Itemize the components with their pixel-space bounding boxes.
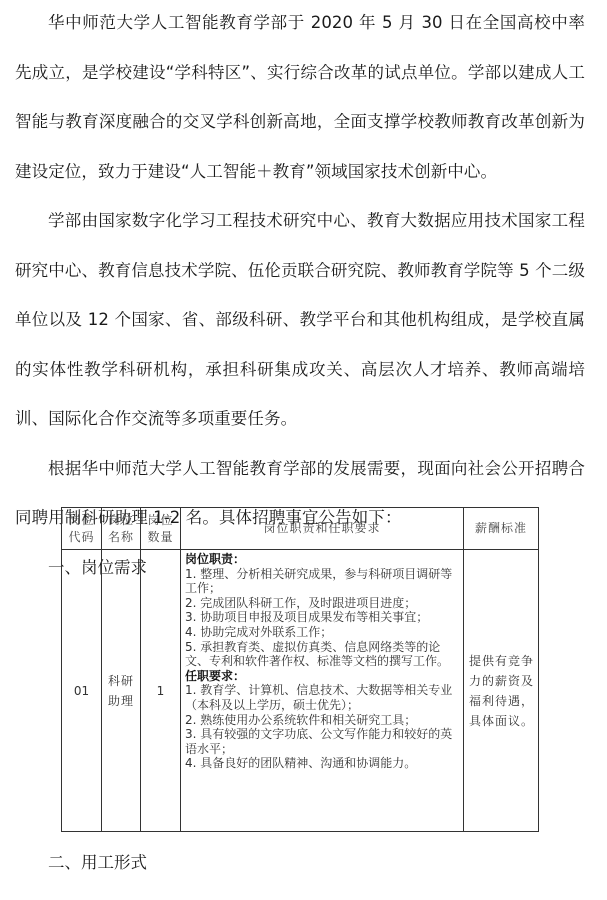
header-duties-requirements: 岗位职责和任职要求 xyxy=(181,508,464,550)
duty-item: 3. 协助项目申报及项目成果发布等相关事宜； xyxy=(185,610,460,625)
requirement-item: 3. 具有较强的文字功底、公文写作能力和较好的英语水平； xyxy=(185,727,460,756)
header-position-code: 岗位 代码 xyxy=(62,508,102,550)
table-row: 01 科研 助理 1 岗位职责： 1. 整理、分析相关研究成果，参与科研项目调研… xyxy=(62,550,539,832)
cell-pay-standard: 提供有竞争力的薪资及福利待遇，具体面议。 xyxy=(464,550,539,832)
requirement-item: 1. 教育学、计算机、信息技术、大数据等相关专业（本科及以上学历，硕士优先）； xyxy=(185,683,460,712)
cell-duties-requirements: 岗位职责： 1. 整理、分析相关研究成果，参与科研项目调研等工作； 2. 完成团… xyxy=(181,550,464,832)
header-pay-standard: 薪酬标准 xyxy=(464,508,539,550)
duties-subheading: 岗位职责： xyxy=(185,552,460,567)
section-heading-employment-form: 二、用工形式 xyxy=(48,838,147,887)
cell-position-code: 01 xyxy=(62,550,102,832)
intro-paragraph-2: 学部由国家数字化学习工程技术研究中心、教育大数据应用技术国家工程研究中心、教育信… xyxy=(15,196,585,444)
position-requirements-table-wrapper: 岗位 代码 岗位 名称 岗位 数量 岗位职责和任职要求 薪酬标准 01 科研 助… xyxy=(61,507,539,832)
table-header-row: 岗位 代码 岗位 名称 岗位 数量 岗位职责和任职要求 薪酬标准 xyxy=(62,508,539,550)
intro-paragraph-1: 华中师范大学人工智能教育学部于 2020 年 5 月 30 日在全国高校中率先成… xyxy=(15,0,585,196)
position-requirements-table: 岗位 代码 岗位 名称 岗位 数量 岗位职责和任职要求 薪酬标准 01 科研 助… xyxy=(61,507,539,832)
header-position-count: 岗位 数量 xyxy=(141,508,181,550)
requirement-item: 2. 熟练使用办公系统软件和相关研究工具； xyxy=(185,713,460,728)
duty-item: 2. 完成团队科研工作，及时跟进项目进度； xyxy=(185,596,460,611)
requirements-subheading: 任职要求： xyxy=(185,669,460,684)
cell-position-name: 科研 助理 xyxy=(102,550,141,832)
duty-item: 5. 承担教育类、虚拟仿真类、信息网络类等的论文、专利和软件著作权、标准等文档的… xyxy=(185,640,460,669)
requirement-item: 4. 具备良好的团队精神、沟通和协调能力。 xyxy=(185,756,460,771)
cell-position-count: 1 xyxy=(141,550,181,832)
document-body: 华中师范大学人工智能教育学部于 2020 年 5 月 30 日在全国高校中率先成… xyxy=(15,0,585,592)
duty-item: 4. 协助完成对外联系工作； xyxy=(185,625,460,640)
header-position-name: 岗位 名称 xyxy=(102,508,141,550)
duty-item: 1. 整理、分析相关研究成果，参与科研项目调研等工作； xyxy=(185,567,460,596)
